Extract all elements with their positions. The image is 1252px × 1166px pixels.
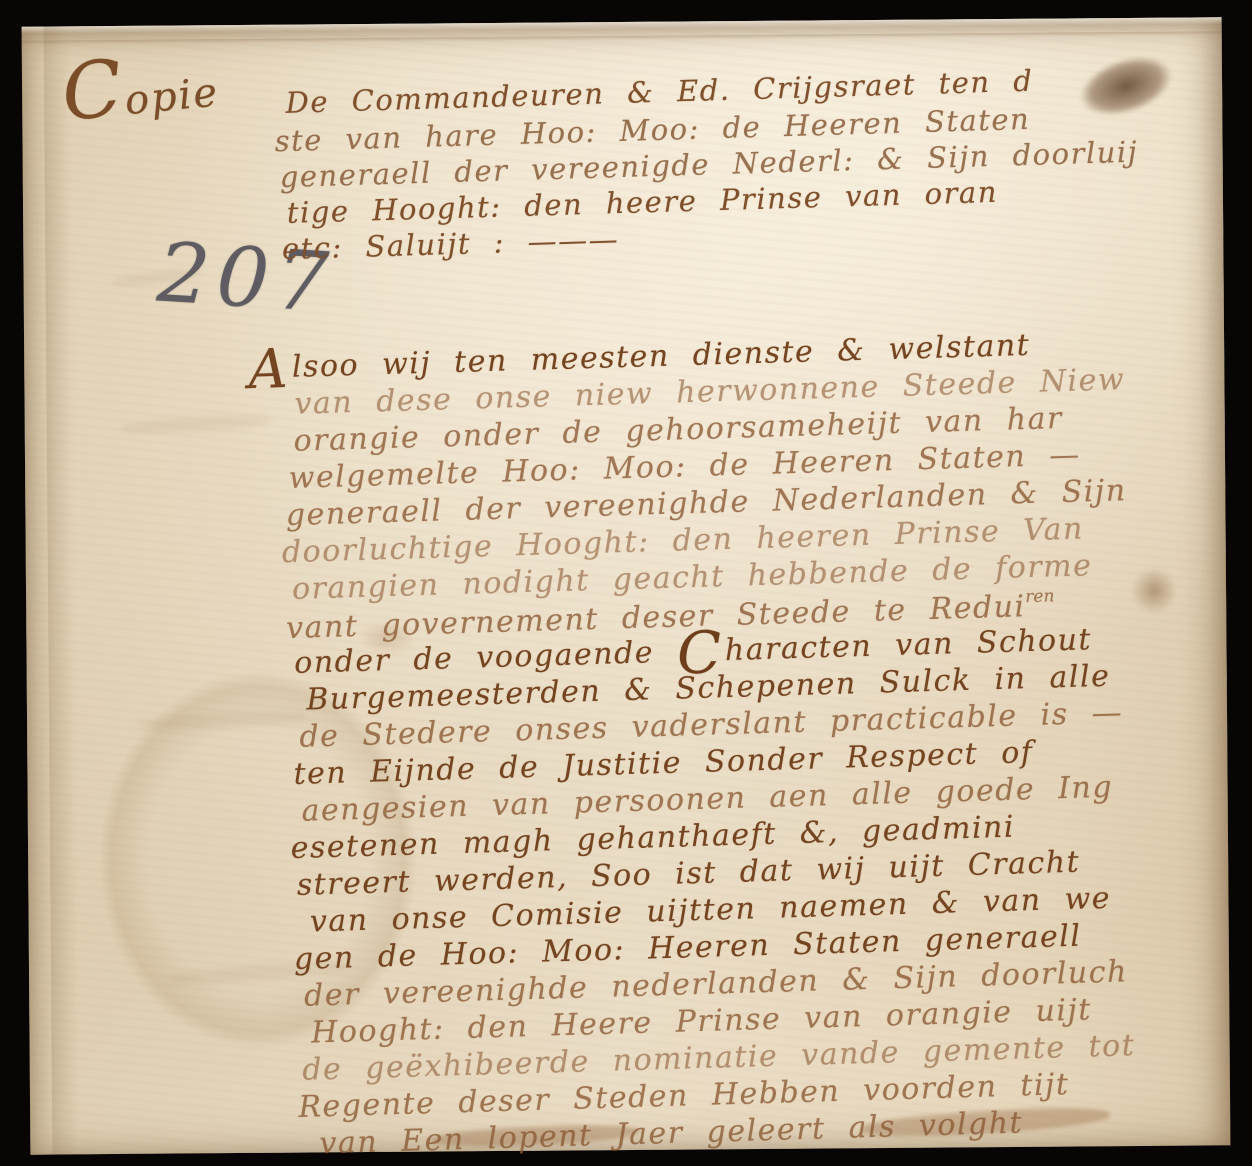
manuscript-page: Copie 207 De Commandeuren & Ed. Crijgsra… bbox=[22, 17, 1231, 1154]
scanned-document: Copie 207 De Commandeuren & Ed. Crijgsra… bbox=[0, 0, 1252, 1166]
handwriting-block: De Commandeuren & Ed. Crijgsraet ten d s… bbox=[10, 4, 1243, 1166]
superscript-abbreviation: ren bbox=[1025, 586, 1055, 607]
manuscript-line: etc: Saluijt : ——— bbox=[281, 222, 619, 266]
drop-cap: A bbox=[248, 337, 290, 401]
